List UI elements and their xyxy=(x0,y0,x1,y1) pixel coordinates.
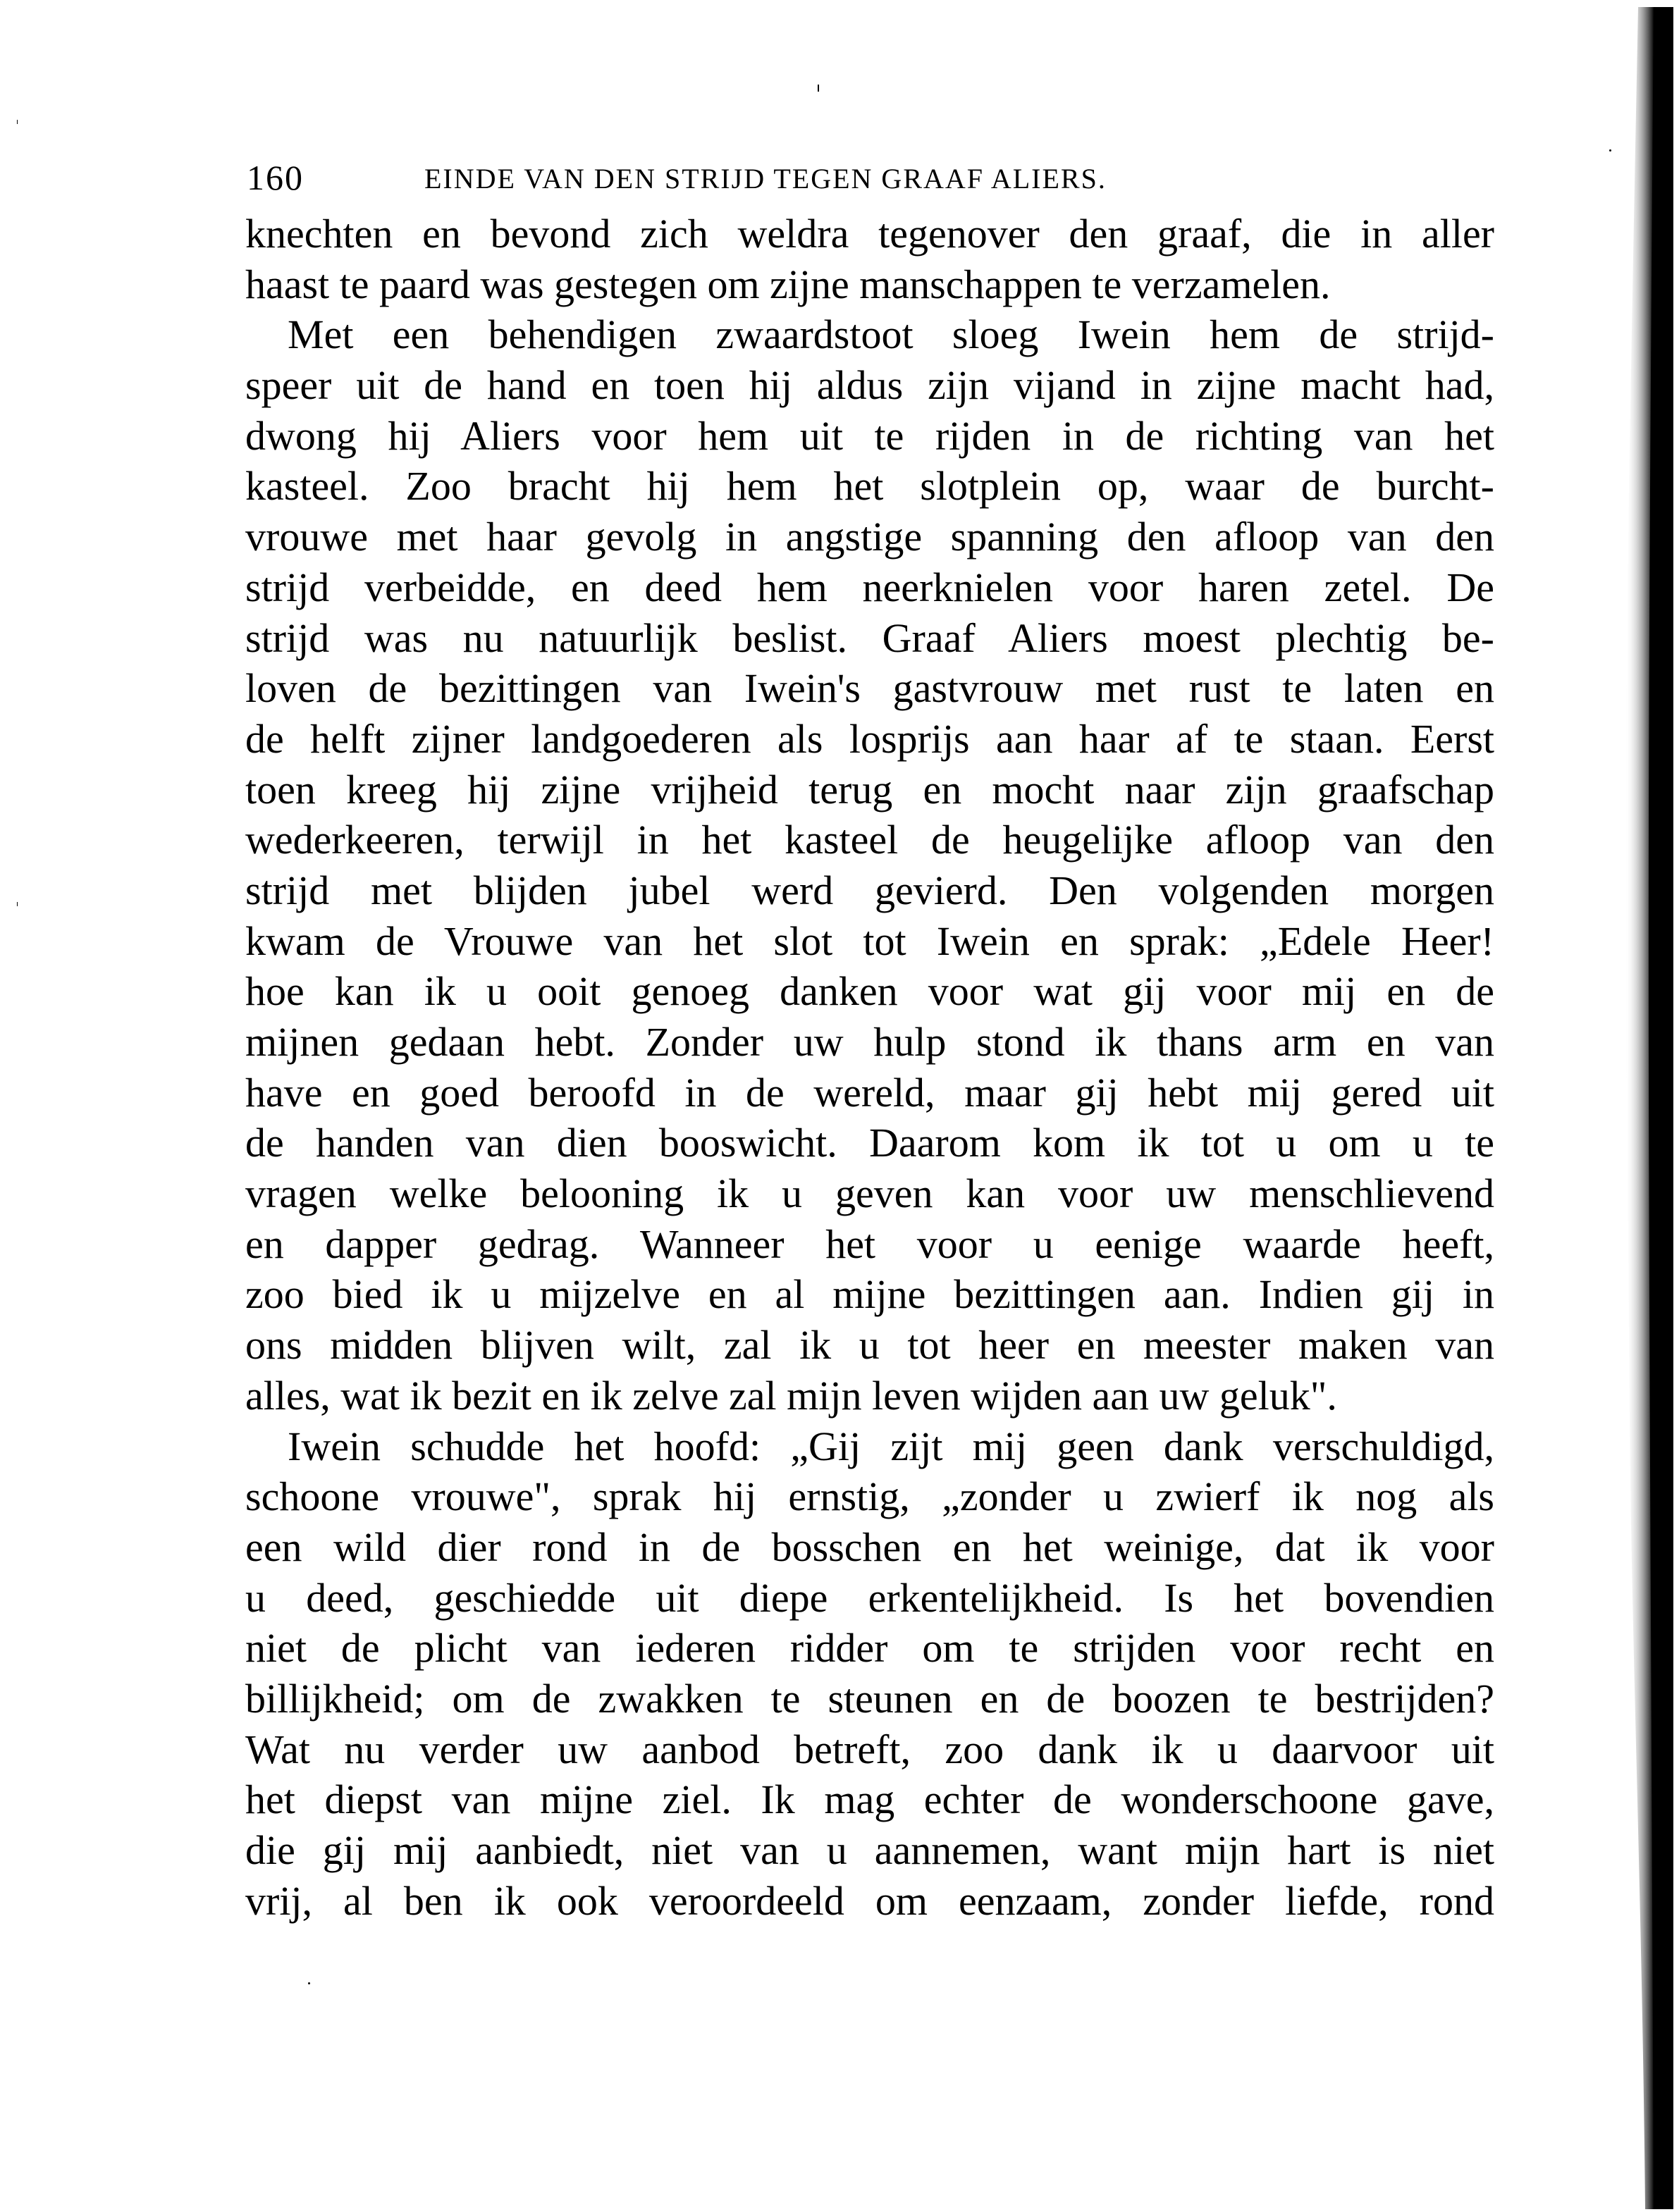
book-page: 160 EINDE VAN DEN STRIJD TEGEN GRAAF ALI… xyxy=(0,0,1679,2212)
scan-speck xyxy=(308,1982,310,1984)
text-line: strijd was nu natuurlijk beslist. Graaf … xyxy=(245,613,1494,664)
text-line: ons midden blijven wilt, zal ik u tot he… xyxy=(245,1320,1494,1371)
text-line: alles, wat ik bezit en ik zelve zal mijn… xyxy=(245,1371,1494,1421)
scan-speck xyxy=(17,120,18,124)
text-line: de helft zijner landgoederen als losprij… xyxy=(245,714,1494,765)
text-line: wederkeeren, terwijl in het kasteel de h… xyxy=(245,815,1494,865)
running-head: 160 EINDE VAN DEN STRIJD TEGEN GRAAF ALI… xyxy=(247,156,1234,199)
text-line: vrouwe met haar gevolg in angstige spann… xyxy=(245,512,1494,562)
text-line: niet de plicht van iederen ridder om te … xyxy=(245,1623,1494,1674)
text-line: de handen van dien booswicht. Daarom kom… xyxy=(245,1118,1494,1168)
page-number: 160 xyxy=(247,156,304,199)
text-line: billijkheid; om de zwakken te steunen en… xyxy=(245,1674,1494,1724)
body-text: knechten en bevond zich weldra tegenover… xyxy=(245,209,1494,1926)
text-line: strijd verbeidde, en deed hem neerkniele… xyxy=(245,562,1494,613)
scanned-page-edge xyxy=(1610,7,1673,2209)
text-line: have en goed beroofd in de wereld, maar … xyxy=(245,1068,1494,1118)
text-line: speer uit de hand en toen hij aldus zijn… xyxy=(245,360,1494,411)
text-line: kwam de Vrouwe van het slot tot Iwein en… xyxy=(245,916,1494,967)
text-line: die gij mij aanbiedt, niet van u aanneme… xyxy=(245,1825,1494,1876)
text-line: mijnen gedaan hebt. Zonder uw hulp stond… xyxy=(245,1017,1494,1068)
text-line: Met een behendigen zwaardstoot sloeg Iwe… xyxy=(245,309,1494,360)
scan-speck xyxy=(818,85,819,92)
text-line: vragen welke belooning ik u geven kan vo… xyxy=(245,1168,1494,1219)
text-line: en dapper gedrag. Wanneer het voor u een… xyxy=(245,1219,1494,1270)
text-line: toen kreeg hij zijne vrijheid terug en m… xyxy=(245,765,1494,815)
scan-speck xyxy=(17,902,18,906)
text-line: u deed, geschiedde uit diepe erkentelijk… xyxy=(245,1573,1494,1624)
text-line: dwong hij Aliers voor hem uit te rijden … xyxy=(245,411,1494,462)
text-line: een wild dier rond in de bosschen en het… xyxy=(245,1522,1494,1573)
text-line: Iwein schudde het hoofd: „Gij zijt mij g… xyxy=(245,1421,1494,1472)
text-line: zoo bied ik u mijzelve en al mijne bezit… xyxy=(245,1269,1494,1320)
text-line: loven de bezittingen van Iwein's gastvro… xyxy=(245,663,1494,714)
text-line: vrij, al ben ik ook veroordeeld om eenza… xyxy=(245,1876,1494,1927)
text-line: strijd met blijden jubel werd gevierd. D… xyxy=(245,865,1494,916)
scan-speck xyxy=(1609,149,1611,152)
text-line: knechten en bevond zich weldra tegenover… xyxy=(245,209,1494,259)
text-line: het diepst van mijne ziel. Ik mag echter… xyxy=(245,1774,1494,1825)
text-line: hoe kan ik u ooit genoeg danken voor wat… xyxy=(245,966,1494,1017)
running-title: EINDE VAN DEN STRIJD TEGEN GRAAF ALIERS. xyxy=(424,159,1107,199)
text-line: kasteel. Zoo bracht hij hem het slotplei… xyxy=(245,461,1494,512)
text-line: schoone vrouwe", sprak hij ernstig, „zon… xyxy=(245,1471,1494,1522)
text-line: Wat nu verder uw aanbod betreft, zoo dan… xyxy=(245,1724,1494,1775)
text-line: haast te paard was gestegen om zijne man… xyxy=(245,259,1494,310)
